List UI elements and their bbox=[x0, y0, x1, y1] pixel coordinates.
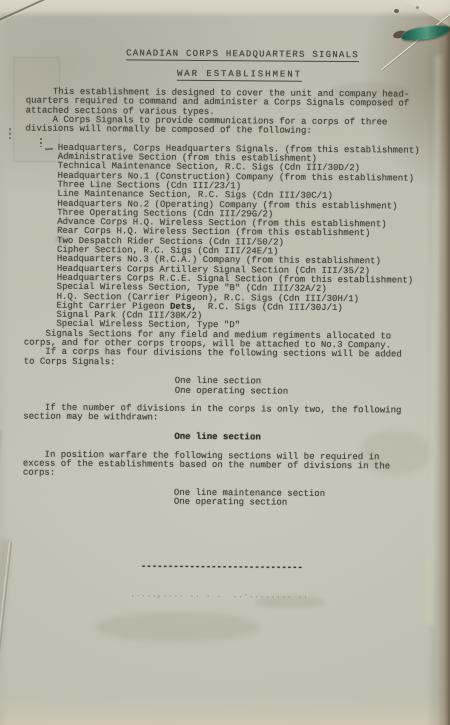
text-line: .....,.... .. . . ..-........ .. bbox=[22, 590, 442, 603]
document-title-text: CANADIAN CORPS HEADQUARTERS SIGNALS bbox=[126, 48, 359, 61]
text-segment: R.C. Sigs (Cdn III/30J/1) bbox=[197, 302, 343, 313]
document-page: CANADIAN CORPS HEADQUARTERS SIGNALS WAR … bbox=[0, 0, 450, 725]
document-subtitle-text: WAR ESTABLISHMENT bbox=[177, 69, 302, 81]
document-body: This establishment is designed to cover … bbox=[22, 88, 446, 603]
document-title: CANADIAN CORPS HEADQUARTERS SIGNALS bbox=[126, 48, 359, 60]
scanned-document-photo: CANADIAN CORPS HEADQUARTERS SIGNALS WAR … bbox=[0, 0, 450, 725]
document-subtitle: WAR ESTABLISHMENT bbox=[177, 69, 302, 80]
